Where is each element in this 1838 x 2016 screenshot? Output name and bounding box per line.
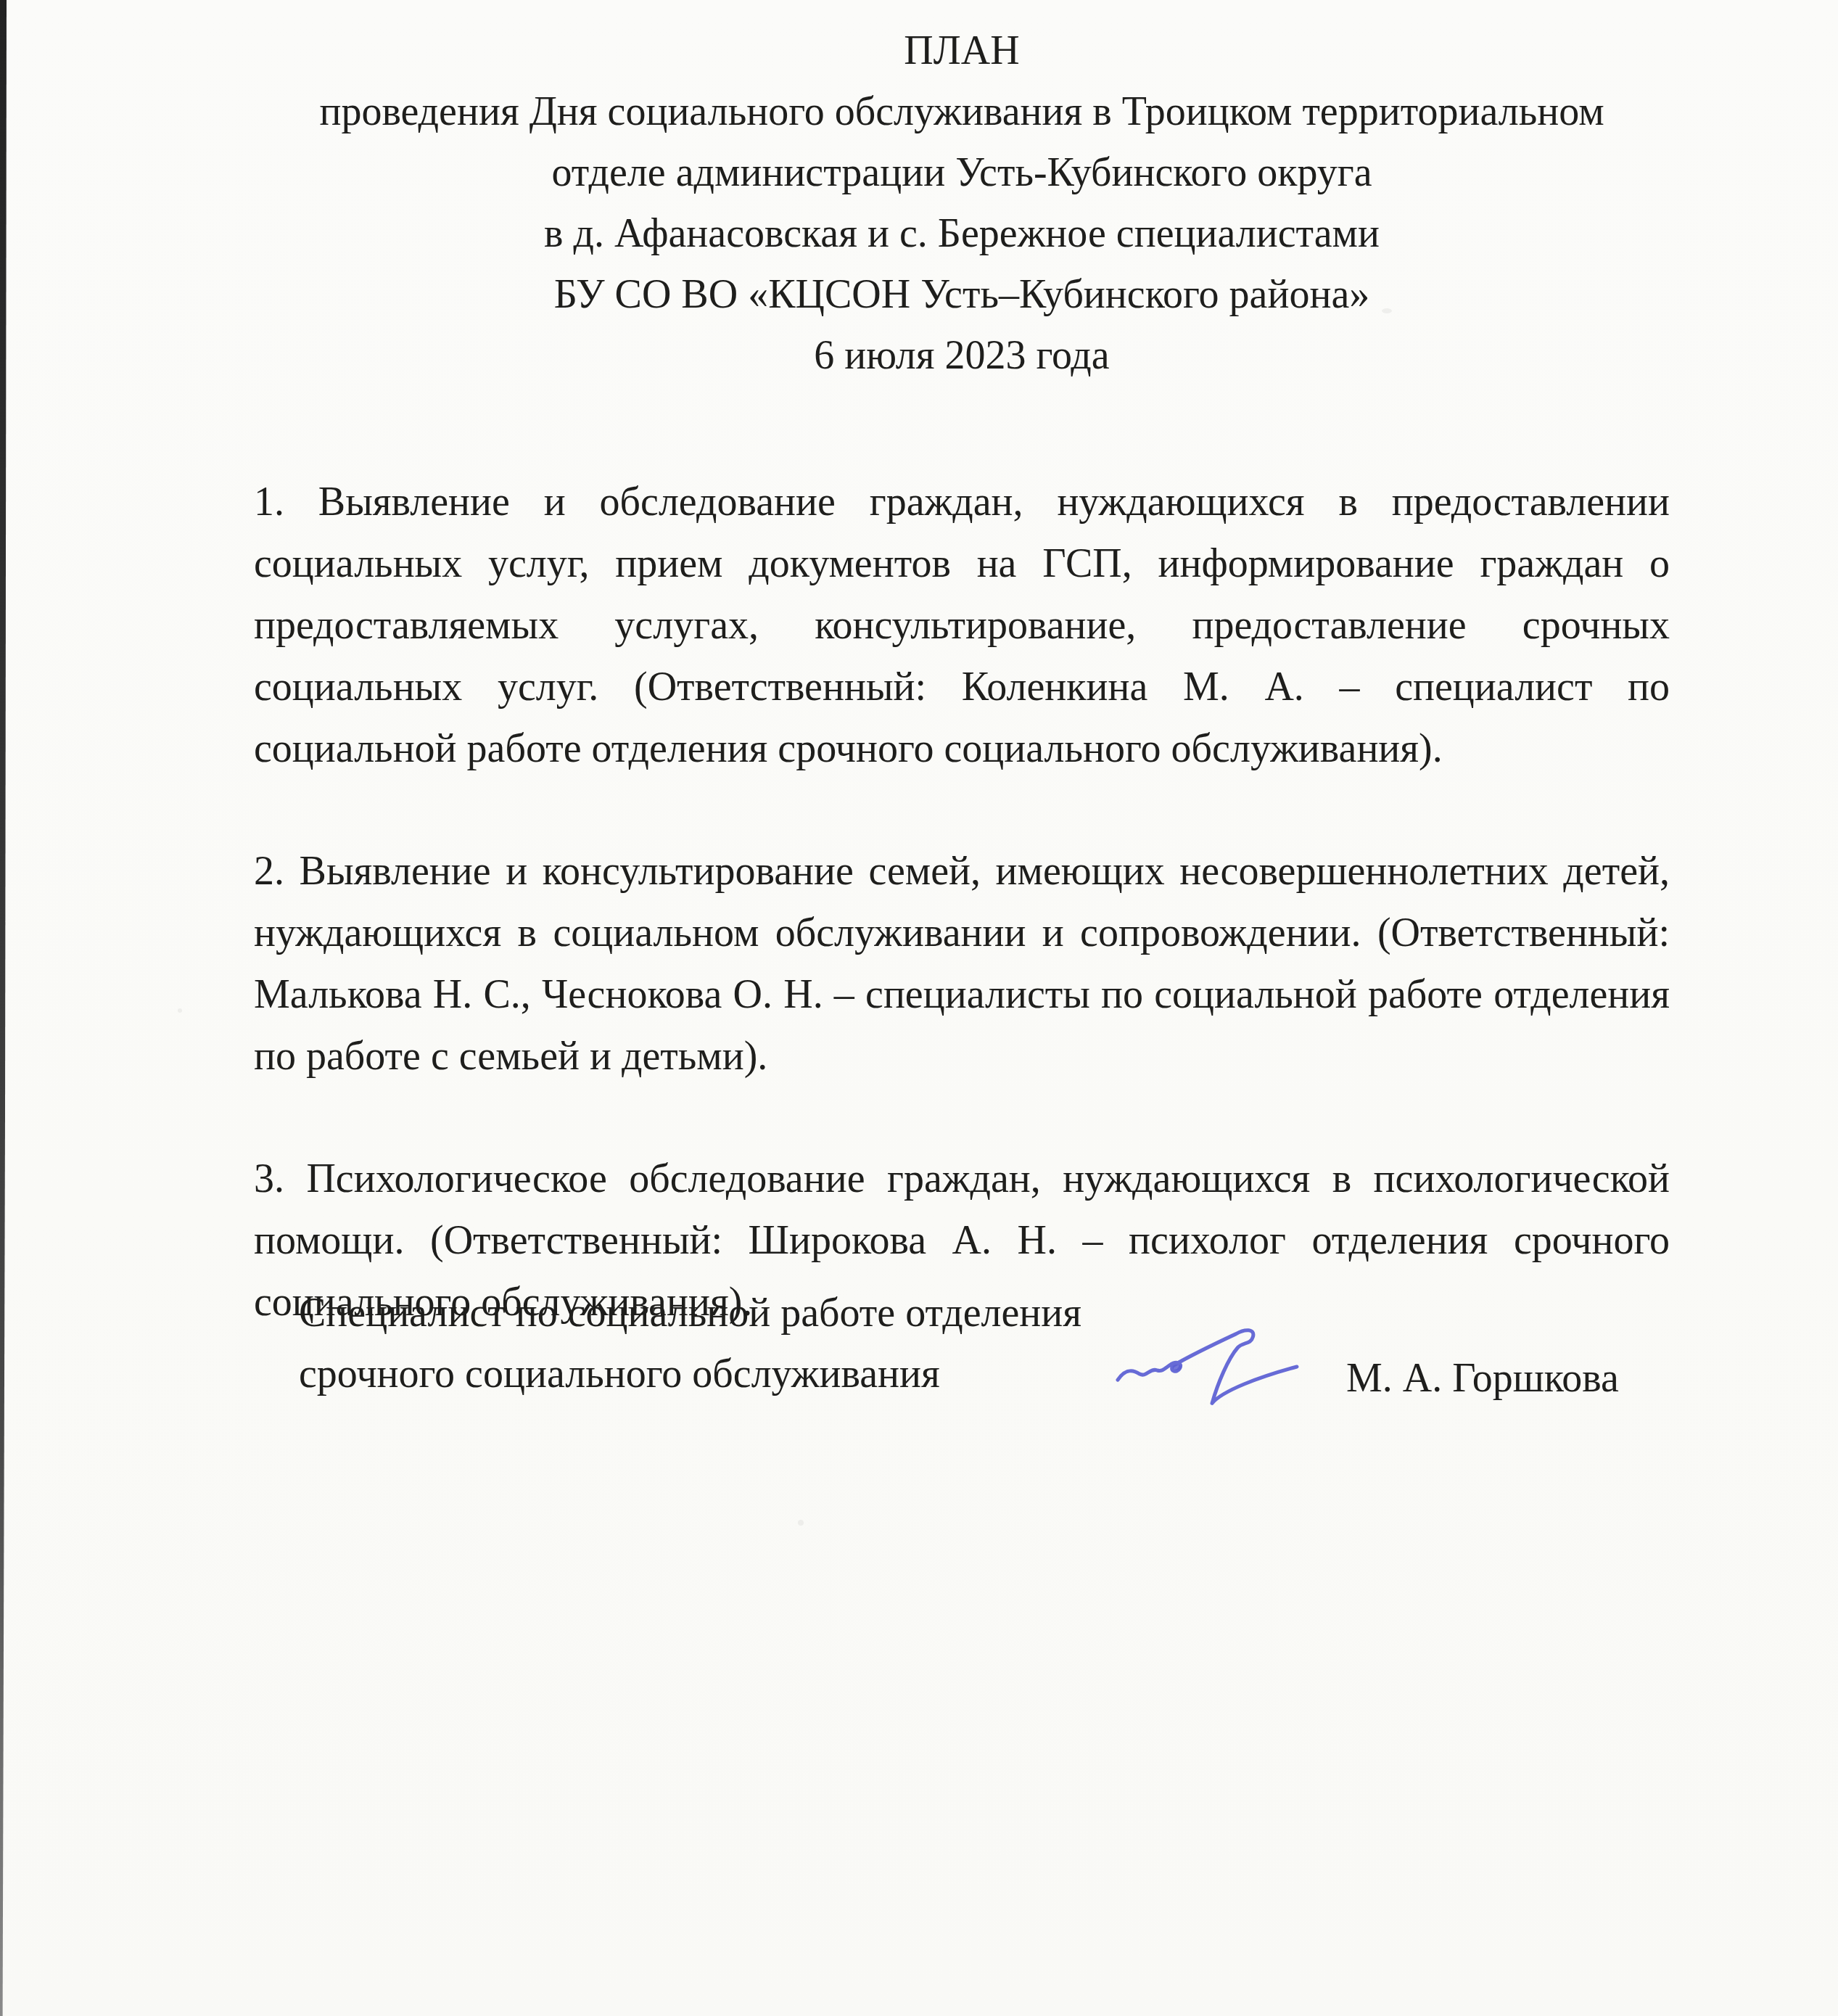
title-line-locations: в д. Афанасовская и с. Бережное специали… xyxy=(254,203,1670,264)
scan-speck xyxy=(798,1520,804,1526)
title-line-event: проведения Дня социального обслуживания … xyxy=(254,81,1670,142)
title-line-institution: БУ СО ВО «КЦСОН Усть–Кубинского района» xyxy=(254,264,1670,325)
document-content: ПЛАН проведения Дня социального обслужив… xyxy=(254,20,1670,1394)
paragraph-2: 2. Выявление и консультирование семей, и… xyxy=(254,841,1670,1087)
title-line-plan: ПЛАН xyxy=(254,20,1670,81)
scan-speck xyxy=(178,1008,182,1013)
paragraph-1: 1. Выявление и обследование граждан, нуж… xyxy=(254,472,1670,780)
title-line-department: отделе администрации Усть-Кубинского окр… xyxy=(254,142,1670,203)
title-line-date: 6 июля 2023 года xyxy=(254,325,1670,386)
document-body: 1. Выявление и обследование граждан, нуж… xyxy=(254,472,1670,1333)
scan-edge-artifact xyxy=(0,0,7,2016)
document-title-block: ПЛАН проведения Дня социального обслужив… xyxy=(254,20,1670,386)
paragraph-3: 3. Психологическое обследование граждан,… xyxy=(254,1148,1670,1333)
scanned-document-page: ПЛАН проведения Дня социального обслужив… xyxy=(0,0,1838,2016)
